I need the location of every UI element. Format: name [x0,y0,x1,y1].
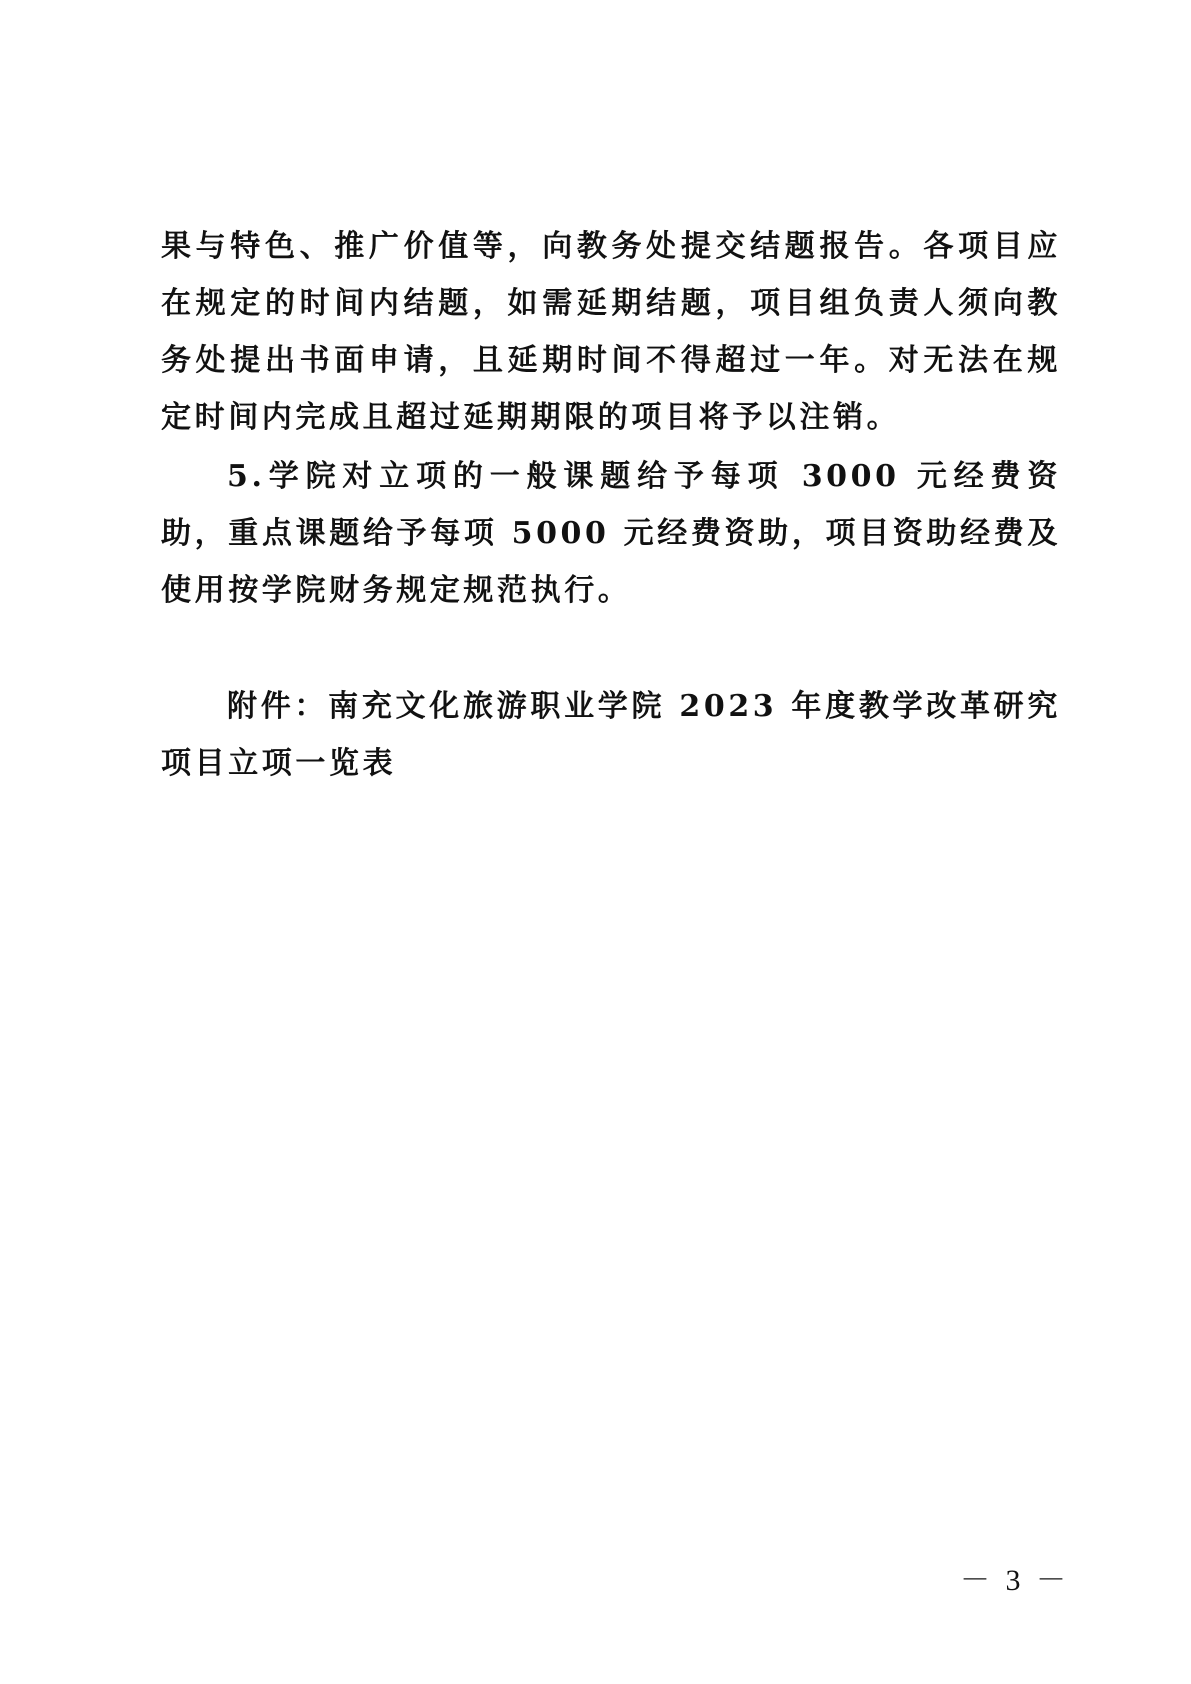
page-number: － 3 － [960,1555,1070,1599]
paragraph-attachment: 附件：南充文化旅游职业学院 2023 年度教学改革研究项目立项一览表 [161,678,1061,792]
document-page: 果与特色、推广价值等，向教务处提交结题报告。各项目应在规定的时间内结题，如需延期… [0,0,1191,1684]
paragraph-continuation: 果与特色、推广价值等，向教务处提交结题报告。各项目应在规定的时间内结题，如需延期… [161,218,1061,446]
paragraph-item-5-funding: 5.学院对立项的一般课题给予每项 3000 元经费资助，重点课题给予每项 500… [161,448,1061,619]
